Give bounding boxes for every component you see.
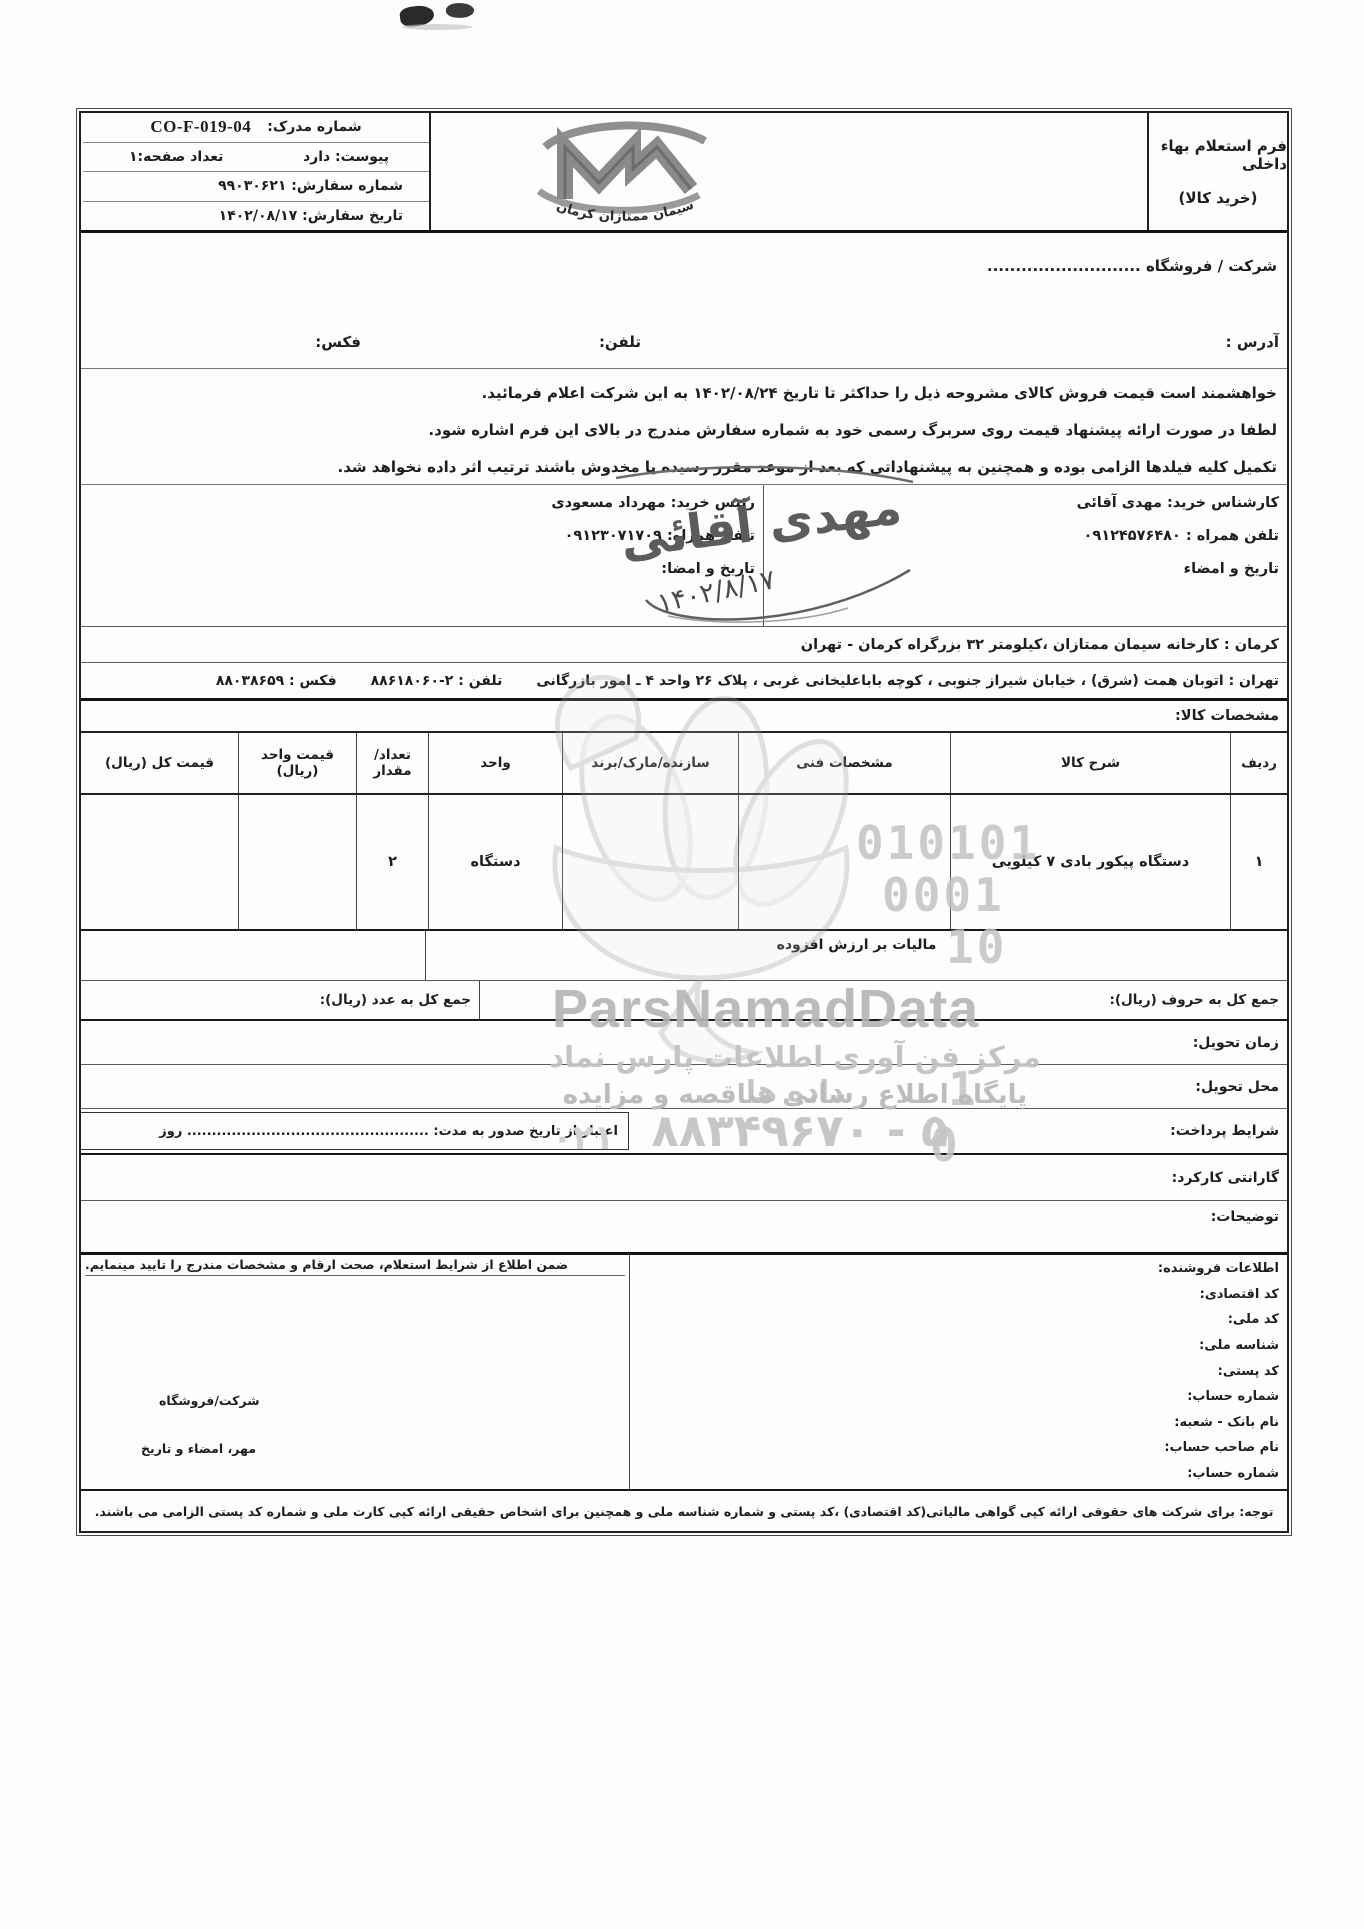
- warranty-label: گارانتی کارکرد:: [1172, 1170, 1279, 1186]
- page-count-label: تعداد صفحه:۱: [129, 149, 223, 165]
- order-date: تاریخ سفارش: ۱۴۰۲/۰۸/۱۷: [219, 208, 403, 224]
- delivery-place-label: محل تحویل:: [1195, 1079, 1279, 1095]
- goods-table-row: ۱ دستگاه پیکور بادی ۷ کیلویی دستگاه ۲: [81, 795, 1287, 931]
- tehran-address: تهران : اتوبان همت (شرق) ، خیابان شیراز …: [536, 673, 1279, 689]
- seller-confirm-column: ضمن اطلاع از شرایط استعلام، صحت ارقام و …: [81, 1255, 629, 1489]
- purchase-expert-mobile: تلفن همراه : ۰۹۱۲۴۵۷۶۴۸۰: [772, 528, 1279, 544]
- attachment-row: پیوست: دارد تعداد صفحه:۱: [83, 143, 429, 173]
- col-header-row-no: ردیف: [1230, 733, 1287, 793]
- item-qty: ۲: [356, 795, 428, 929]
- vat-label: مالیات بر ارزش افزوده: [425, 931, 1287, 980]
- item-unit-price: [238, 795, 356, 929]
- seller-fields-column: اطلاعات فروشنده: کد اقتصادی: کد ملی: شنا…: [629, 1255, 1287, 1489]
- seller-company-label: شرکت/فروشگاه: [159, 1393, 260, 1408]
- doc-number-label: شماره مدرک:: [267, 119, 361, 135]
- seller-confirmation-text: ضمن اطلاع از شرایط استعلام، صحت ارقام و …: [85, 1257, 625, 1276]
- footer-note: توجه: برای شرکت های حقوقی ارائه کپی گواه…: [81, 1491, 1287, 1531]
- vat-row: مالیات بر ارزش افزوده: [81, 931, 1287, 981]
- purchase-expert-block: کارشناس خرید: مهدی آقائی تلفن همراه : ۰۹…: [763, 485, 1287, 626]
- total-in-words-label: جمع کل به حروف (ریال):: [479, 981, 1287, 1019]
- col-header-unit-price: قیمت واحد (ریال): [238, 733, 356, 793]
- goods-section-label: مشخصات کالا:: [1175, 708, 1279, 724]
- col-header-brand: سازنده/مارک/برند: [562, 733, 738, 793]
- col-header-qty: تعداد/مقدار: [356, 733, 428, 793]
- address-label: آدرس :: [1226, 333, 1279, 351]
- seller-account-number-2: شماره حساب:: [638, 1466, 1279, 1481]
- col-header-specs: مشخصات فنی: [738, 733, 950, 793]
- seller-national-code: کد ملی:: [638, 1312, 1279, 1327]
- fax-label: فکس:: [315, 333, 361, 351]
- scan-smudge: [445, 2, 474, 19]
- item-row-no: ۱: [1230, 795, 1287, 929]
- header-logo-cell: سیمان ممتازان کرمان: [429, 113, 1147, 230]
- delivery-time-label: زمان تحویل:: [1193, 1035, 1279, 1051]
- seller-info-section: اطلاعات فروشنده: کد اقتصادی: کد ملی: شنا…: [81, 1255, 1287, 1491]
- notice-line-1: خواهشمند است قیمت فروش کالای مشروحه ذیل …: [91, 375, 1277, 412]
- purchase-contacts: کارشناس خرید: مهدی آقائی تلفن همراه : ۰۹…: [81, 485, 1287, 627]
- purchase-expert: کارشناس خرید: مهدی آقائی: [772, 495, 1279, 511]
- doc-number-value: CO-F-019-04: [150, 117, 251, 137]
- purchase-expert-sign-label: تاریخ و امضاء: [772, 561, 1279, 577]
- notice-line-3: تکمیل کلیه فیلدها الزامی بوده و همچنین ب…: [91, 449, 1277, 486]
- tehran-fax: فکس : ۸۸۰۳۸۶۵۹: [216, 673, 337, 689]
- notes-row: توضیحات:: [81, 1201, 1287, 1255]
- order-number-row: شماره سفارش: ۹۹۰۳۰۶۲۱: [83, 172, 429, 202]
- validity-cell: اعتبار از تاریخ صدور به مدت: ...........…: [81, 1112, 629, 1150]
- item-total-price: [81, 795, 238, 929]
- delivery-time-row: زمان تحویل:: [81, 1021, 1287, 1065]
- vendor-company-label: شرکت / فروشگاه .........................…: [987, 257, 1277, 275]
- company-logo: سیمان ممتازان کرمان: [487, 117, 737, 235]
- scan-smudge: [402, 24, 472, 30]
- total-in-digits-label: جمع کل به عدد (ریال):: [81, 981, 479, 1019]
- totals-row: جمع کل به حروف (ریال): جمع کل به عدد (ری…: [81, 981, 1287, 1021]
- purchase-chief-block: رئیس خرید: مهرداد مسعودی تلفن همراه: ۰۹۱…: [81, 485, 763, 626]
- form-header: فرم استعلام بهاء داخلی (خرید کالا) سیمان…: [81, 113, 1287, 233]
- form-title-box: فرم استعلام بهاء داخلی (خرید کالا): [1147, 113, 1287, 230]
- seller-stamp-label: مهر، امضاء و تاریخ: [141, 1441, 256, 1456]
- attachment-label: پیوست: دارد: [303, 149, 389, 165]
- warranty-row: گارانتی کارکرد:: [81, 1155, 1287, 1201]
- order-number: شماره سفارش: ۹۹۰۳۰۶۲۱: [218, 178, 403, 194]
- payment-terms-row: شرایط پرداخت: اعتبار از تاریخ صدور به مد…: [81, 1109, 1287, 1155]
- header-meta-box: شماره مدرک: CO-F-019-04 پیوست: دارد تعدا…: [83, 113, 429, 230]
- purchase-chief: رئیس خرید: مهرداد مسعودی: [89, 495, 755, 511]
- col-header-description: شرح کالا: [950, 733, 1230, 793]
- item-brand: [562, 795, 738, 929]
- seller-national-id: شناسه ملی:: [638, 1338, 1279, 1353]
- purchase-chief-mobile: تلفن همراه: ۰۹۱۲۳۰۷۱۷۰۹: [89, 528, 755, 544]
- seller-account-holder: نام صاحب حساب:: [638, 1440, 1279, 1455]
- seller-economic-code: کد اقتصادی:: [638, 1287, 1279, 1302]
- seller-bank-branch: نام بانک - شعبه:: [638, 1415, 1279, 1430]
- goods-section-label-row: مشخصات کالا:: [81, 701, 1287, 733]
- form-subtitle: (خرید کالا): [1179, 189, 1258, 207]
- col-header-total-price: قیمت کل (ریال): [81, 733, 238, 793]
- vendor-address-row: آدرس : تلفن: فکس:: [81, 299, 1287, 369]
- kerman-address: کرمان : کارخانه سیمان ممتازان ،کیلومتر ۳…: [801, 637, 1279, 653]
- kerman-address-row: کرمان : کارخانه سیمان ممتازان ،کیلومتر ۳…: [81, 627, 1287, 663]
- notice-line-2: لطفا در صورت ارائه پیشنهاد قیمت روی سربر…: [91, 412, 1277, 449]
- payment-terms-label: شرایط پرداخت:: [1170, 1123, 1279, 1139]
- order-date-row: تاریخ سفارش: ۱۴۰۲/۰۸/۱۷: [83, 202, 429, 231]
- item-specs: [738, 795, 950, 929]
- delivery-place-row: محل تحویل:: [81, 1065, 1287, 1109]
- seller-account-number: شماره حساب:: [638, 1389, 1279, 1404]
- seller-postal-code: کد پستی:: [638, 1364, 1279, 1379]
- momtazan-cement-logo-icon: سیمان ممتازان کرمان: [487, 117, 737, 231]
- seller-section-label: اطلاعات فروشنده:: [638, 1261, 1279, 1276]
- phone-label: تلفن:: [599, 333, 641, 351]
- item-description: دستگاه پیکور بادی ۷ کیلویی: [950, 795, 1230, 929]
- vendor-company-row: شرکت / فروشگاه .........................…: [81, 233, 1287, 299]
- form-title: فرم استعلام بهاء داخلی: [1149, 137, 1287, 173]
- notes-label: توضیحات:: [1211, 1209, 1279, 1225]
- scanned-document-page: فرم استعلام بهاء داخلی (خرید کالا) سیمان…: [0, 0, 1364, 1929]
- goods-table-header: ردیف شرح کالا مشخصات فنی سازنده/مارک/برن…: [81, 733, 1287, 795]
- tehran-address-row: تهران : اتوبان همت (شرق) ، خیابان شیراز …: [81, 663, 1287, 701]
- vat-amount-cell: [81, 931, 425, 980]
- notice-paragraph: خواهشمند است قیمت فروش کالای مشروحه ذیل …: [81, 369, 1287, 485]
- item-unit: دستگاه: [428, 795, 562, 929]
- doc-number-row: شماره مدرک: CO-F-019-04: [83, 113, 429, 143]
- col-header-unit: واحد: [428, 733, 562, 793]
- purchase-chief-sign-label: تاریخ و امضا:: [89, 561, 755, 577]
- inquiry-form: فرم استعلام بهاء داخلی (خرید کالا) سیمان…: [76, 108, 1292, 1536]
- tehran-phone: تلفن : ۲-۸۸۶۱۸۰۶۰: [371, 673, 503, 689]
